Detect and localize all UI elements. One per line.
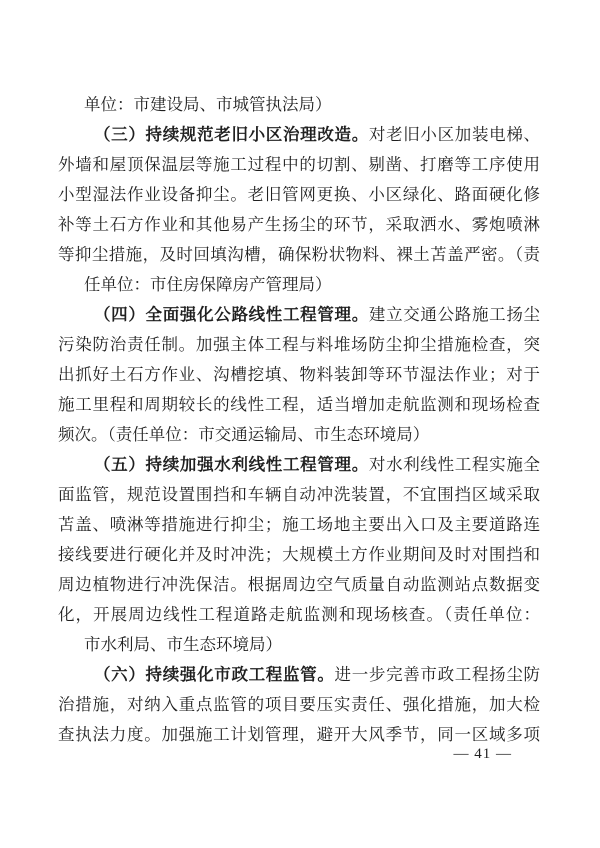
text-segment: 外墙和屋顶保温层等施工过程中的切割、剔凿、打磨等工序使用	[58, 155, 540, 174]
text-segment: 查执法力度。加强施工计划管理，避开大风季节，同一区域多项	[58, 725, 540, 744]
text-segment: 面监管，规范设置围挡和车辆自动冲洗装置，不宜围挡区域采取	[58, 485, 540, 504]
text-line-l16: 接线要进行硬化并及时冲洗；大规模土方作业期间及时对围挡和	[58, 540, 540, 570]
text-line-l06: 等抑尘措施，及时回填沟槽，确保粉状物料、裸土苫盖严密。（责	[58, 240, 540, 270]
text-line-l03: 外墙和屋顶保温层等施工过程中的切割、剔凿、打磨等工序使用	[58, 150, 540, 180]
text-segment: 对水利线性工程实施全	[369, 455, 540, 474]
text-line-l01: 单位：市建设局、市城管执法局）	[58, 90, 540, 120]
text-line-l07: 任单位：市住房保障房产管理局）	[58, 270, 540, 300]
text-line-l14: 面监管，规范设置围挡和车辆自动冲洗装置，不宜围挡区域采取	[58, 480, 540, 510]
text-line-l02: （三）持续规范老旧小区治理改造。对老旧小区加装电梯、	[58, 120, 540, 150]
text-line-l08: （四）全面强化公路线性工程管理。建立交通公路施工扬尘	[58, 300, 540, 330]
text-line-l10: 出抓好土石方作业、沟槽挖填、物料装卸等环节湿法作业；对于	[58, 360, 540, 390]
text-line-l04: 小型湿法作业设备抑尘。老旧管网更换、小区绿化、路面硬化修	[58, 180, 540, 210]
text-segment: 污染防治责任制。加强主体工程与料堆场防尘抑尘措施检查，突	[58, 335, 540, 354]
text-segment: 治措施，对纳入重点监管的项目要压实责任、强化措施，加大检	[58, 695, 540, 714]
text-line-l12: 频次。（责任单位：市交通运输局、市生态环境局）	[58, 420, 540, 450]
text-segment: 出抓好土石方作业、沟槽挖填、物料装卸等环节湿法作业；对于	[58, 365, 540, 384]
text-segment: 苫盖、喷淋等措施进行抑尘；施工场地主要出入口及主要道路连	[58, 515, 540, 534]
text-segment: 建立交通公路施工扬尘	[369, 305, 540, 324]
text-segment: 补等土石方作业和其他易产生扬尘的环节，采取洒水、雾炮喷淋	[58, 215, 540, 234]
text-segment: 进一步完善市政工程扬尘防	[335, 665, 540, 684]
text-line-l20: （六）持续强化市政工程监管。进一步完善市政工程扬尘防	[58, 660, 540, 690]
text-line-l17: 周边植物进行冲洗保洁。根据周边空气质量自动监测站点数据变	[58, 570, 540, 600]
section-heading: （五）持续加强水利线性工程管理。	[94, 455, 369, 474]
document-body: 单位：市建设局、市城管执法局）（三）持续规范老旧小区治理改造。对老旧小区加装电梯…	[58, 90, 540, 750]
text-segment: 化，开展周边线性工程道路走航监测和现场核查。（责任单位：	[58, 605, 540, 624]
text-segment: 频次。（责任单位：市交通运输局、市生态环境局）	[58, 425, 429, 444]
text-line-l15: 苫盖、喷淋等措施进行抑尘；施工场地主要出入口及主要道路连	[58, 510, 540, 540]
section-heading: （三）持续规范老旧小区治理改造。	[94, 125, 369, 144]
section-heading: （六）持续强化市政工程监管。	[94, 665, 335, 684]
text-segment: 任单位：市住房保障房产管理局）	[84, 275, 332, 294]
text-segment: 等抑尘措施，及时回填沟槽，确保粉状物料、裸土苫盖严密。（责	[58, 245, 540, 264]
text-segment: 市水利局、市生态环境局）	[84, 635, 282, 654]
text-segment: 接线要进行硬化并及时冲洗；大规模土方作业期间及时对围挡和	[58, 545, 540, 564]
text-line-l18: 化，开展周边线性工程道路走航监测和现场核查。（责任单位：	[58, 600, 540, 630]
text-line-l19: 市水利局、市生态环境局）	[58, 630, 540, 660]
text-segment: 单位：市建设局、市城管执法局）	[84, 95, 332, 114]
text-line-l21: 治措施，对纳入重点监管的项目要压实责任、强化措施，加大检	[58, 690, 540, 720]
text-segment: 小型湿法作业设备抑尘。老旧管网更换、小区绿化、路面硬化修	[58, 185, 540, 204]
text-line-l13: （五）持续加强水利线性工程管理。对水利线性工程实施全	[58, 450, 540, 480]
text-line-l11: 施工里程和周期较长的线性工程，适当增加走航监测和现场检查	[58, 390, 540, 420]
text-segment: 周边植物进行冲洗保洁。根据周边空气质量自动监测站点数据变	[58, 575, 540, 594]
text-line-l09: 污染防治责任制。加强主体工程与料堆场防尘抑尘措施检查，突	[58, 330, 540, 360]
section-heading: （四）全面强化公路线性工程管理。	[94, 305, 369, 324]
document-page: 单位：市建设局、市城管执法局）（三）持续规范老旧小区治理改造。对老旧小区加装电梯…	[0, 0, 600, 848]
text-segment: 施工里程和周期较长的线性工程，适当增加走航监测和现场检查	[58, 395, 540, 414]
text-segment: 对老旧小区加装电梯、	[369, 125, 540, 144]
page-number: — 41 —	[454, 746, 513, 763]
text-line-l05: 补等土石方作业和其他易产生扬尘的环节，采取洒水、雾炮喷淋	[58, 210, 540, 240]
